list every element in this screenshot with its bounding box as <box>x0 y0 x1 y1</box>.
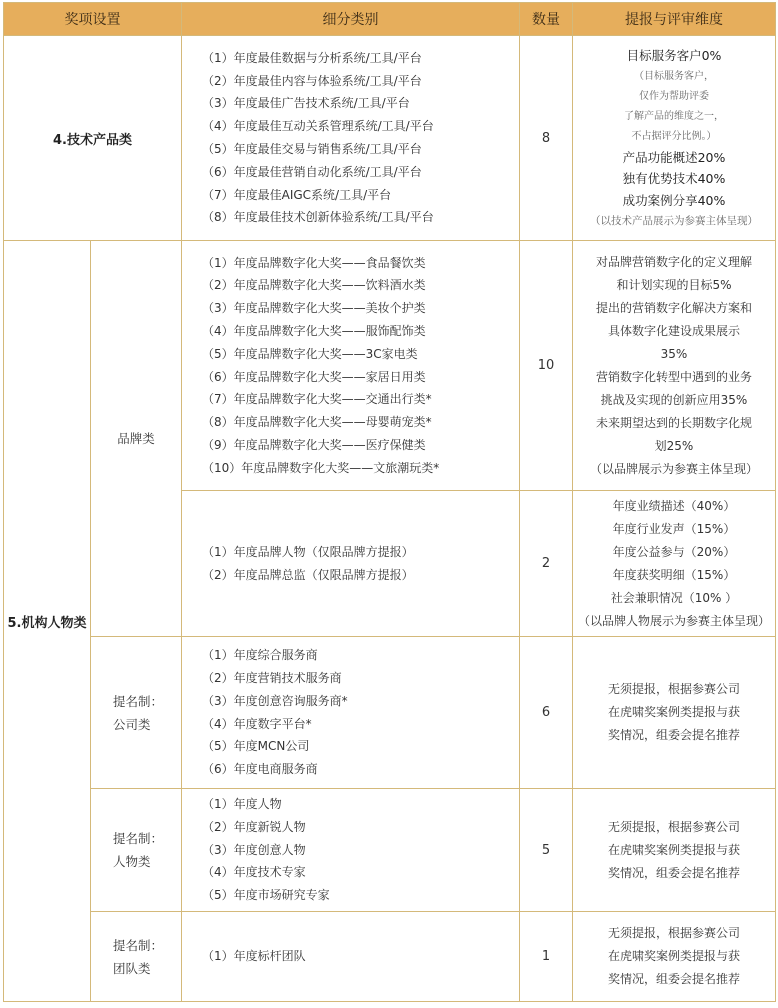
criteria-line: 提出的营销数字化解决方案和 <box>573 297 775 320</box>
criteria-line: 营销数字化转型中遇到的业务 <box>573 366 775 389</box>
brand-people-items: （1）年度品牌人物（仅限品牌方提报） （2）年度品牌总监（仅限品牌方提报） <box>182 491 520 637</box>
list-item: （6）年度品牌数字化大奖——家居日用类 <box>202 366 519 389</box>
label-line: 提名制： <box>113 934 181 957</box>
brand-people-count: 2 <box>520 491 573 637</box>
person-criteria: 无须提报，根据参赛公司 在虎啸奖案例类提报与获 奖情况，组委会提名推荐 <box>573 789 776 912</box>
criteria-line: 无须提报，根据参赛公司 <box>573 678 775 701</box>
header-count: 数量 <box>520 3 573 36</box>
company-items: （1）年度综合服务商 （2）年度营销技术服务商 （3）年度创意咨询服务商* （4… <box>182 637 520 789</box>
tech-count: 8 <box>520 36 573 241</box>
criteria-footnote: （以技术产品展示为参赛主体呈现） <box>573 211 775 231</box>
list-item: （1）年度人物 <box>202 793 519 816</box>
criteria-line: 奖情况，组委会提名推荐 <box>573 968 775 991</box>
list-item: （3）年度最佳广告技术系统/工具/平台 <box>202 92 519 115</box>
list-item: （7）年度品牌数字化大奖——交通出行类* <box>202 388 519 411</box>
criteria-line: 社会兼职情况（10% ） <box>573 587 775 610</box>
list-item: （3）年度品牌数字化大奖——美妆个护类 <box>202 297 519 320</box>
criteria-line: 年度获奖明细（15%） <box>573 564 775 587</box>
criteria-line: 35% <box>573 343 775 366</box>
criteria-note: 了解产品的维度之一， <box>573 107 775 127</box>
criteria-line: 年度业绩描述（40%） <box>573 495 775 518</box>
criteria-note: 仅作为帮助评委 <box>573 87 775 107</box>
criteria-line: 年度公益参与（20%） <box>573 541 775 564</box>
table-row-company: 提名制： 公司类 （1）年度综合服务商 （2）年度营销技术服务商 （3）年度创意… <box>4 637 776 789</box>
list-item: （4）年度品牌数字化大奖——服饰配饰类 <box>202 320 519 343</box>
list-item: （1）年度标杆团队 <box>202 945 519 968</box>
brand-people-criteria: 年度业绩描述（40%） 年度行业发声（15%） 年度公益参与（20%） 年度获奖… <box>573 491 776 637</box>
list-item: （8）年度品牌数字化大奖——母婴萌宠类* <box>202 411 519 434</box>
company-label: 提名制： 公司类 <box>91 637 182 789</box>
award-table: 奖项设置 细分类别 数量 提报与评审维度 4.技术产品类 （1）年度最佳数据与分… <box>3 2 776 1002</box>
award-table-container: 奖项设置 细分类别 数量 提报与评审维度 4.技术产品类 （1）年度最佳数据与分… <box>3 2 775 1003</box>
criteria-line: 无须提报，根据参赛公司 <box>573 922 775 945</box>
criteria-line: 独有优势技术40% <box>573 168 775 190</box>
list-item: （5）年度最佳交易与销售系统/工具/平台 <box>202 138 519 161</box>
table-row-tech: 4.技术产品类 （1）年度最佳数据与分析系统/工具/平台 （2）年度最佳内容与体… <box>4 36 776 241</box>
label-line: 提名制： <box>113 690 181 713</box>
list-item: （1）年度品牌数字化大奖——食品餐饮类 <box>202 252 519 275</box>
table-header-row: 奖项设置 细分类别 数量 提报与评审维度 <box>4 3 776 36</box>
header-category: 细分类别 <box>182 3 520 36</box>
criteria-line: 奖情况，组委会提名推荐 <box>573 862 775 885</box>
list-item: （2）年度新锐人物 <box>202 816 519 839</box>
criteria-line: 目标服务客户0% <box>573 45 775 67</box>
list-item: （1）年度综合服务商 <box>202 644 519 667</box>
person-count: 5 <box>520 789 573 912</box>
list-item: （2）年度品牌总监（仅限品牌方提报） <box>202 564 519 587</box>
list-item: （5）年度MCN公司 <box>202 735 519 758</box>
criteria-line: 未来期望达到的长期数字化规 <box>573 412 775 435</box>
list-item: （8）年度最佳技术创新体验系统/工具/平台 <box>202 206 519 229</box>
criteria-line: 和计划实现的目标5% <box>573 274 775 297</box>
table-row-team: 提名制： 团队类 （1）年度标杆团队 1 无须提报，根据参赛公司 在虎啸奖案例类… <box>4 912 776 1002</box>
criteria-line: 在虎啸奖案例类提报与获 <box>573 701 775 724</box>
criteria-line: 挑战及实现的创新应用35% <box>573 389 775 412</box>
criteria-footnote: （以品牌展示为参赛主体呈现） <box>573 458 775 481</box>
team-items: （1）年度标杆团队 <box>182 912 520 1002</box>
criteria-note: 不占据评分比例。） <box>573 127 775 147</box>
label-line: 提名制： <box>113 827 181 850</box>
table-row-person: 提名制： 人物类 （1）年度人物 （2）年度新锐人物 （3）年度创意人物 （4）… <box>4 789 776 912</box>
criteria-line: 成功案例分享40% <box>573 190 775 212</box>
person-label: 提名制： 人物类 <box>91 789 182 912</box>
criteria-line: 划25% <box>573 435 775 458</box>
list-item: （4）年度最佳互动关系管理系统/工具/平台 <box>202 115 519 138</box>
brand-awards-criteria: 对品牌营销数字化的定义理解 和计划实现的目标5% 提出的营销数字化解决方案和 具… <box>573 241 776 491</box>
criteria-line: 在虎啸奖案例类提报与获 <box>573 945 775 968</box>
company-criteria: 无须提报，根据参赛公司 在虎啸奖案例类提报与获 奖情况，组委会提名推荐 <box>573 637 776 789</box>
criteria-line: 具体数字化建设成果展示 <box>573 320 775 343</box>
list-item: （1）年度最佳数据与分析系统/工具/平台 <box>202 47 519 70</box>
label-line: 团队类 <box>113 957 181 980</box>
list-item: （10）年度品牌数字化大奖——文旅潮玩类* <box>202 457 519 480</box>
criteria-footnote: （以品牌人物展示为参赛主体呈现） <box>573 610 775 633</box>
person-items: （1）年度人物 （2）年度新锐人物 （3）年度创意人物 （4）年度技术专家 （5… <box>182 789 520 912</box>
table-row-brand-awards: 5.机构人物类 品牌类 （1）年度品牌数字化大奖——食品餐饮类 （2）年度品牌数… <box>4 241 776 491</box>
criteria-line: 在虎啸奖案例类提报与获 <box>573 839 775 862</box>
tech-criteria: 目标服务客户0% （目标服务客户， 仅作为帮助评委 了解产品的维度之一， 不占据… <box>573 36 776 241</box>
list-item: （9）年度品牌数字化大奖——医疗保健类 <box>202 434 519 457</box>
list-item: （5）年度品牌数字化大奖——3C家电类 <box>202 343 519 366</box>
list-item: （1）年度品牌人物（仅限品牌方提报） <box>202 541 519 564</box>
brand-label: 品牌类 <box>91 241 182 637</box>
criteria-line: 年度行业发声（15%） <box>573 518 775 541</box>
list-item: （6）年度电商服务商 <box>202 758 519 781</box>
criteria-line: 无须提报，根据参赛公司 <box>573 816 775 839</box>
header-award: 奖项设置 <box>4 3 182 36</box>
list-item: （7）年度最佳AIGC系统/工具/平台 <box>202 184 519 207</box>
list-item: （2）年度最佳内容与体验系统/工具/平台 <box>202 70 519 93</box>
company-count: 6 <box>520 637 573 789</box>
tech-items: （1）年度最佳数据与分析系统/工具/平台 （2）年度最佳内容与体验系统/工具/平… <box>182 36 520 241</box>
criteria-line: 产品功能概述20% <box>573 147 775 169</box>
criteria-line: 奖情况，组委会提名推荐 <box>573 724 775 747</box>
team-count: 1 <box>520 912 573 1002</box>
brand-award-items: （1）年度品牌数字化大奖——食品餐饮类 （2）年度品牌数字化大奖——饮料酒水类 … <box>182 241 520 491</box>
criteria-line: 对品牌营销数字化的定义理解 <box>573 251 775 274</box>
list-item: （4）年度技术专家 <box>202 861 519 884</box>
label-line: 公司类 <box>113 713 181 736</box>
section-title-org: 5.机构人物类 <box>4 241 91 1002</box>
criteria-note: （目标服务客户， <box>573 67 775 87</box>
list-item: （2）年度营销技术服务商 <box>202 667 519 690</box>
section-title-tech: 4.技术产品类 <box>4 36 182 241</box>
list-item: （5）年度市场研究专家 <box>202 884 519 907</box>
label-line: 人物类 <box>113 850 181 873</box>
list-item: （4）年度数字平台* <box>202 713 519 736</box>
brand-awards-count: 10 <box>520 241 573 491</box>
list-item: （3）年度创意咨询服务商* <box>202 690 519 713</box>
team-criteria: 无须提报，根据参赛公司 在虎啸奖案例类提报与获 奖情况，组委会提名推荐 <box>573 912 776 1002</box>
team-label: 提名制： 团队类 <box>91 912 182 1002</box>
list-item: （6）年度最佳营销自动化系统/工具/平台 <box>202 161 519 184</box>
list-item: （3）年度创意人物 <box>202 839 519 862</box>
header-criteria: 提报与评审维度 <box>573 3 776 36</box>
list-item: （2）年度品牌数字化大奖——饮料酒水类 <box>202 274 519 297</box>
